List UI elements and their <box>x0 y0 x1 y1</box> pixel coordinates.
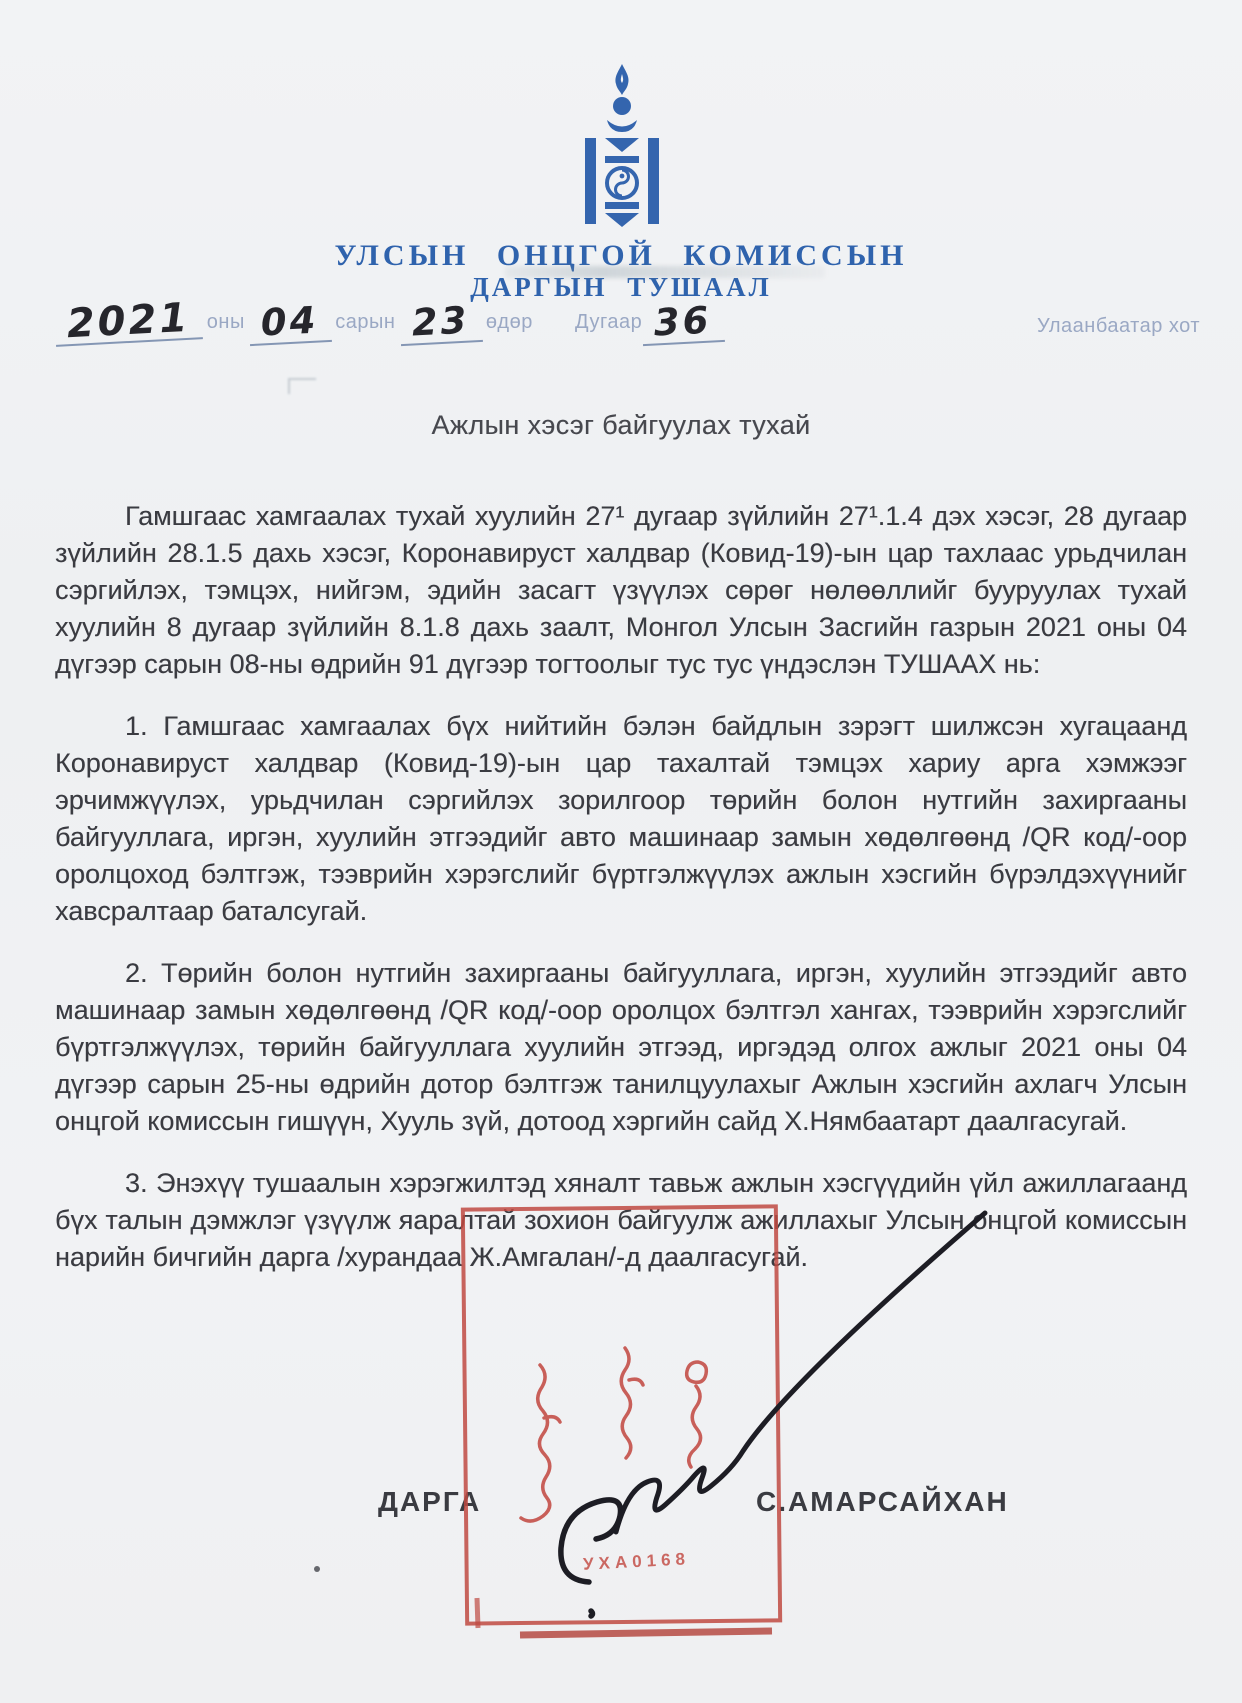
date-group: 2021 оны 04 сарын 23 өдөр <box>55 304 533 344</box>
date-month-handwritten: 04 <box>248 303 331 346</box>
stamp-border-double <box>520 1631 772 1635</box>
stamp-border-tick <box>477 1598 478 1628</box>
stamp-and-signature <box>440 1180 1020 1670</box>
document-number-handwritten: 36 <box>641 303 724 346</box>
soyombo-emblem-icon <box>583 62 661 230</box>
ink-dot <box>314 1566 320 1572</box>
month-label: сарын <box>335 311 395 333</box>
document-number-group: Дугаар36 <box>575 305 724 344</box>
dateline: 2021 оны 04 сарын 23 өдөр Дугаар36 Улаан… <box>55 284 1187 344</box>
scan-artifact <box>288 378 316 394</box>
clause-1: 1. Гамшгаас хамгаалах бүх нийтийн бэлэн … <box>55 708 1187 930</box>
number-label: Дугаар <box>575 311 642 333</box>
document-subject: Ажлын хэсэг байгуулах тухай <box>0 410 1242 441</box>
year-label: оны <box>207 311 245 333</box>
scan-artifact <box>505 266 825 278</box>
preamble-paragraph: Гамшгаас хамгаалах тухай хуулийн 27¹ дуг… <box>55 498 1187 683</box>
day-label: өдөр <box>486 311 533 333</box>
clause-2: 2. Төрийн болон нутгийн захиргааны байгу… <box>55 955 1187 1140</box>
document-page: УЛСЫН ОНЦГОЙ КОМИССЫН ДАРГЫН ТУШААЛ 2021… <box>0 0 1242 1703</box>
city-label: Улаанбаатар хот <box>1037 315 1200 338</box>
document-body: Гамшгаас хамгаалах тухай хуулийн 27¹ дуг… <box>55 498 1187 1276</box>
date-day-handwritten: 23 <box>399 303 482 346</box>
date-year-handwritten: 2021 <box>54 300 203 347</box>
